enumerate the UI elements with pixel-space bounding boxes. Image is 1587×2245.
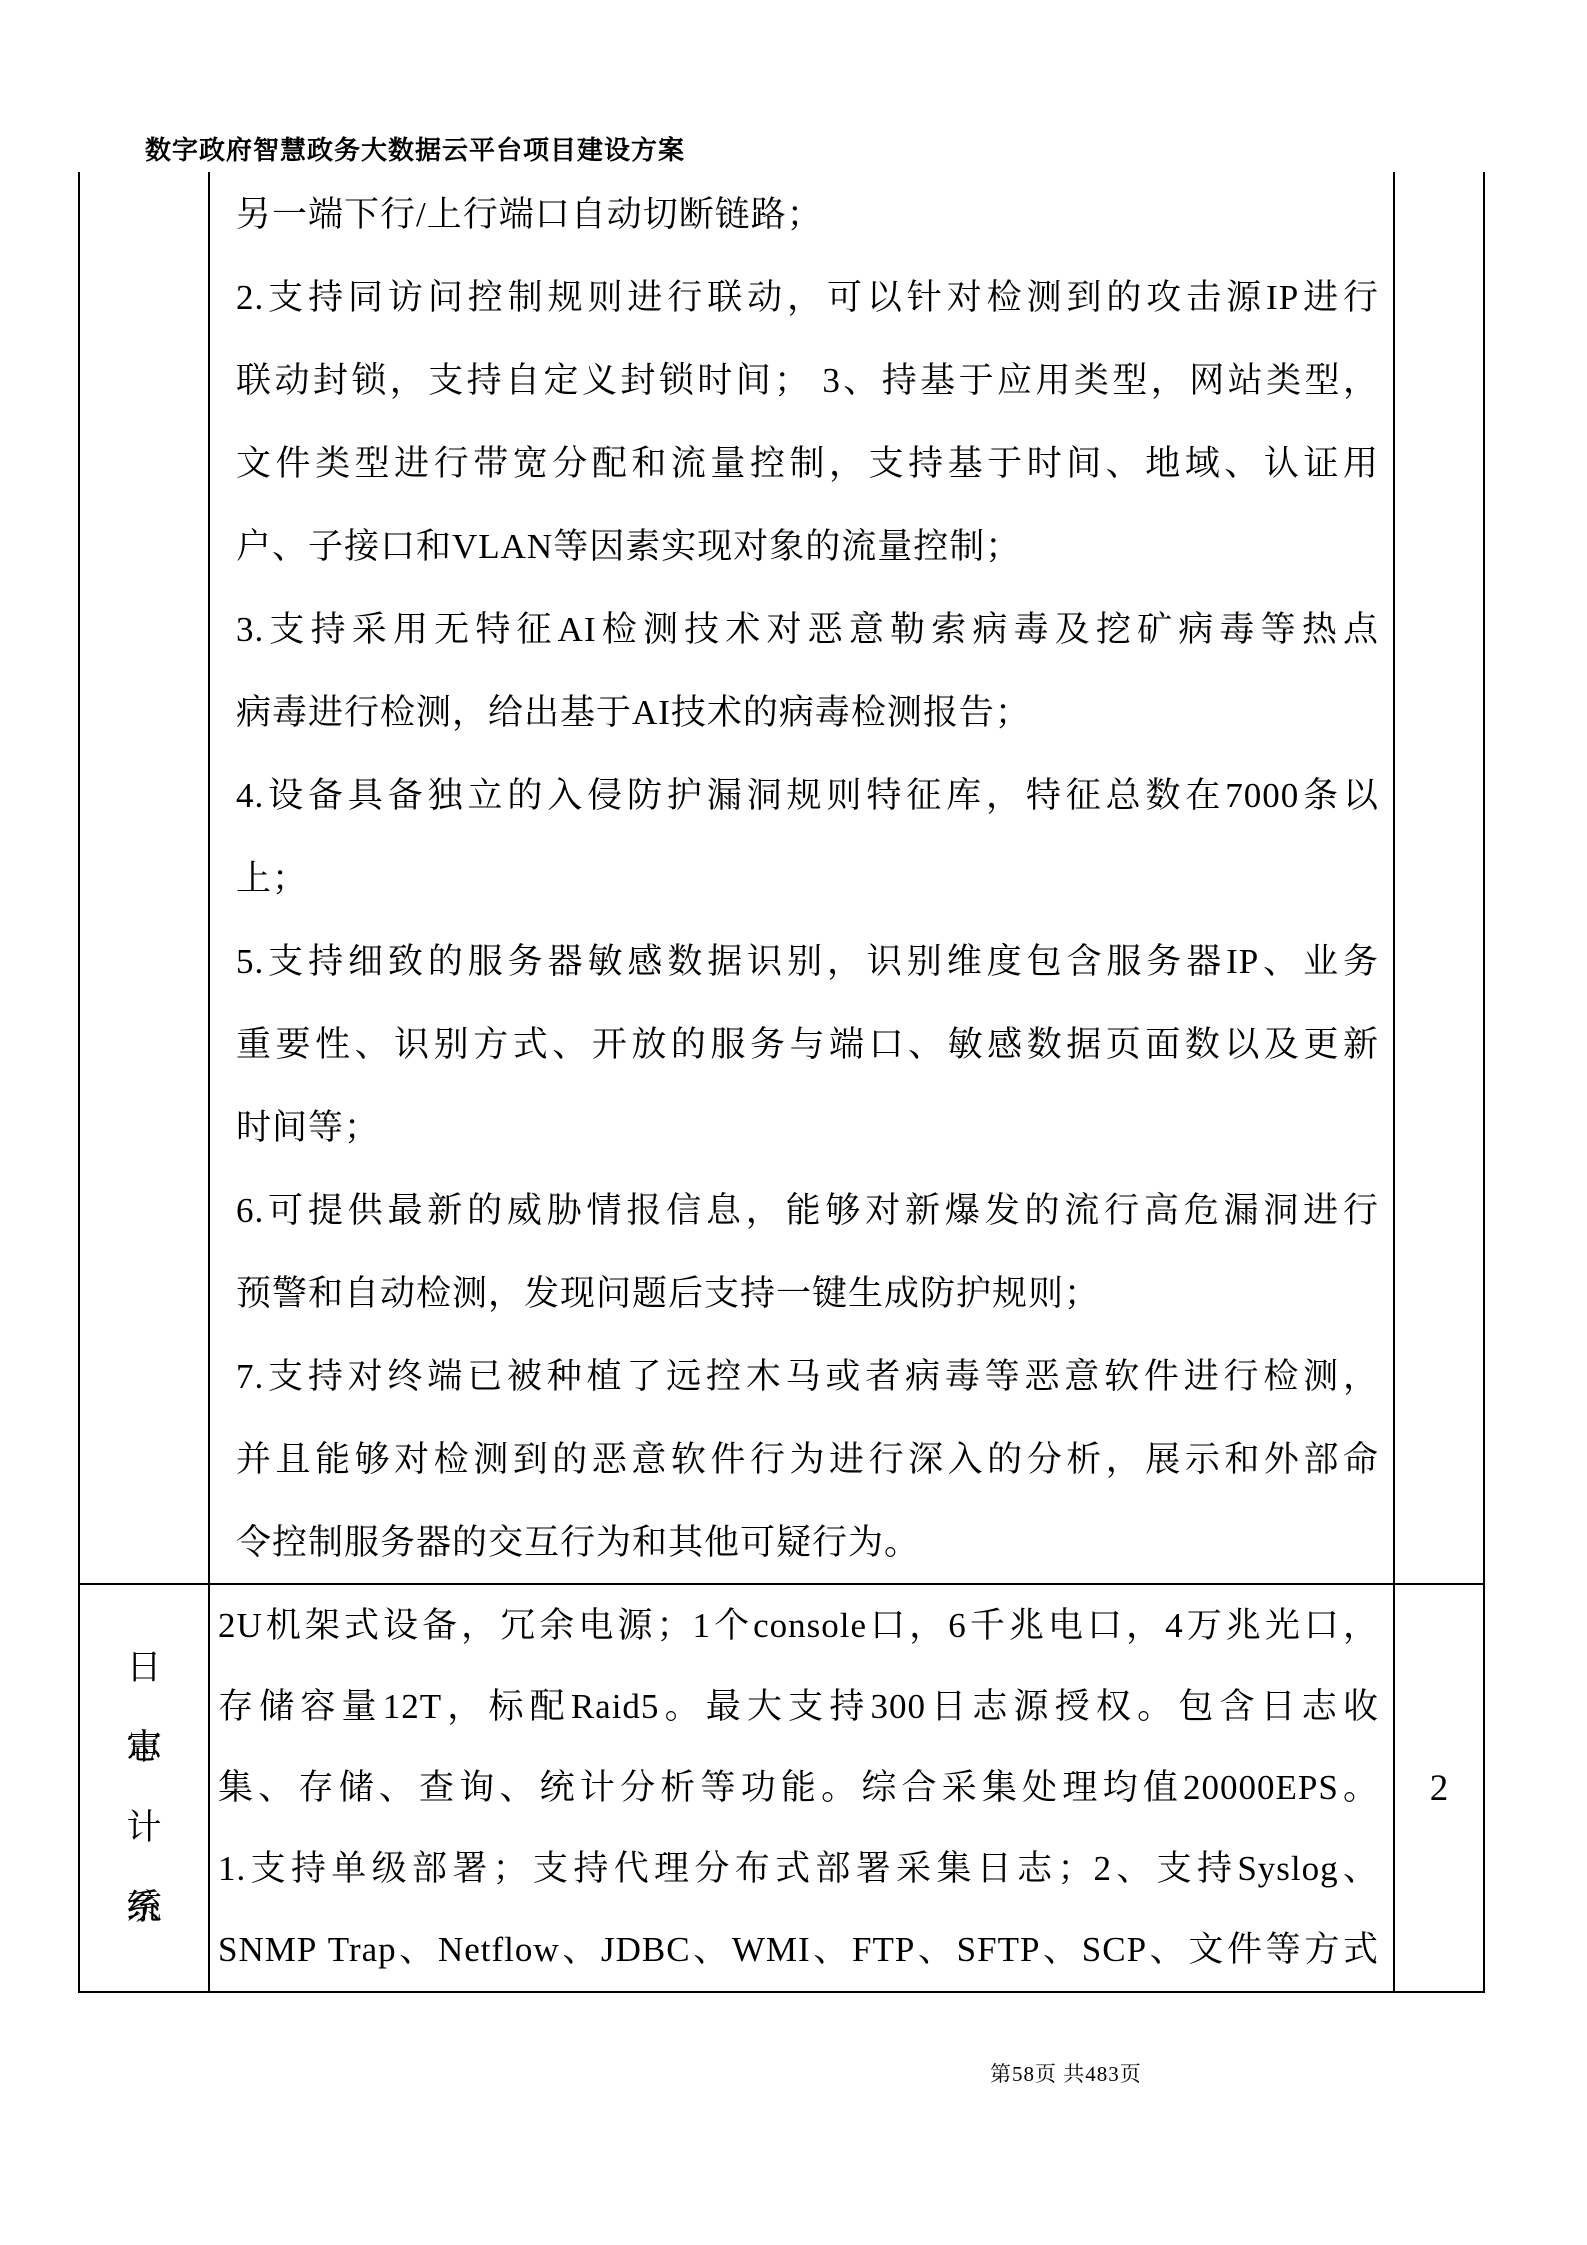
spec-line: 令控制服务器的交互行为和其他可疑行为。 xyxy=(236,1501,1379,1583)
spec-line: 6.可提供最新的威胁情报信息，能够对新爆发的流行高危漏洞进行 xyxy=(236,1169,1379,1252)
spec-table: 另一端下行/上行端口自动切断链路； 2.支持同访问控制规则进行联动，可以针对检测… xyxy=(78,172,1485,1993)
spec-line: 上； xyxy=(236,837,1379,920)
spec-line: 文件类型进行带宽分配和流量控制，支持基于时间、地域、认证用 xyxy=(236,422,1379,505)
page-footer: 第58页 共483页 xyxy=(990,2058,1142,2088)
table-row: 另一端下行/上行端口自动切断链路； 2.支持同访问控制规则进行联动，可以针对检测… xyxy=(80,172,1483,1585)
spec-line: 存储容量12T，标配Raid5。最大支持300日志源授权。包含日志收 xyxy=(218,1666,1379,1747)
spec-line: 联动封锁，支持自定义封锁时间； 3、持基于应用类型，网站类型， xyxy=(236,339,1379,422)
spec-line: 4.设备具备独立的入侵防护漏洞规则特征库，特征总数在7000条以 xyxy=(236,754,1379,837)
label-line: 日志 xyxy=(80,1628,208,1708)
spec-line: SNMP Trap、Netflow、JDBC、WMI、FTP、SFTP、SCP、… xyxy=(218,1909,1379,1990)
spec-line: 另一端下行/上行端口自动切断链路； xyxy=(236,173,1379,256)
spec-line: 并且能够对检测到的恶意软件行为进行深入的分析，展示和外部命 xyxy=(236,1418,1379,1501)
label-line: 计系 xyxy=(80,1788,208,1868)
page-title: 数字政府智慧政务大数据云平台项目建设方案 xyxy=(145,130,685,167)
spec-text-cell: 2U机架式设备，冗余电源；1个console口，6千兆电口，4万兆光口， 存储容… xyxy=(210,1585,1395,1991)
document-page: 数字政府智慧政务大数据云平台项目建设方案 另一端下行/上行端口自动切断链路； 2… xyxy=(0,0,1587,2245)
label-cell xyxy=(80,172,210,1583)
quantity-cell: 2 xyxy=(1395,1585,1483,1991)
label-line: 审 xyxy=(80,1708,208,1788)
spec-line: 3.支持采用无特征AI检测技术对恶意勒索病毒及挖矿病毒等热点 xyxy=(236,588,1379,671)
spec-line: 7.支持对终端已被种植了远控木马或者病毒等恶意软件进行检测， xyxy=(236,1335,1379,1418)
spec-line: 时间等； xyxy=(236,1086,1379,1169)
spec-line: 5.支持细致的服务器敏感数据识别，识别维度包含服务器IP、业务 xyxy=(236,920,1379,1003)
spec-line: 集、存储、查询、统计分析等功能。综合采集处理均值20000EPS。 xyxy=(218,1747,1379,1828)
quantity-cell xyxy=(1395,172,1483,1583)
label-line: 统 xyxy=(80,1868,208,1948)
spec-line: 预警和自动检测，发现问题后支持一键生成防护规则； xyxy=(236,1252,1379,1335)
label-text: 日志 审 计系 统 xyxy=(80,1585,208,1948)
table-row: 日志 审 计系 统 2U机架式设备，冗余电源；1个console口，6千兆电口，… xyxy=(80,1585,1483,1991)
spec-line: 病毒进行检测，给出基于AI技术的病毒检测报告； xyxy=(236,671,1379,754)
spec-text-cell: 另一端下行/上行端口自动切断链路； 2.支持同访问控制规则进行联动，可以针对检测… xyxy=(210,172,1395,1583)
spec-line: 1.支持单级部署；支持代理分布式部署采集日志；2、支持Syslog、 xyxy=(218,1828,1379,1909)
label-cell: 日志 审 计系 统 xyxy=(80,1585,210,1991)
spec-line: 户、子接口和VLAN等因素实现对象的流量控制； xyxy=(236,505,1379,588)
spec-line: 重要性、识别方式、开放的服务与端口、敏感数据页面数以及更新 xyxy=(236,1003,1379,1086)
spec-line: 2U机架式设备，冗余电源；1个console口，6千兆电口，4万兆光口， xyxy=(218,1585,1379,1666)
spec-line: 2.支持同访问控制规则进行联动，可以针对检测到的攻击源IP进行 xyxy=(236,256,1379,339)
